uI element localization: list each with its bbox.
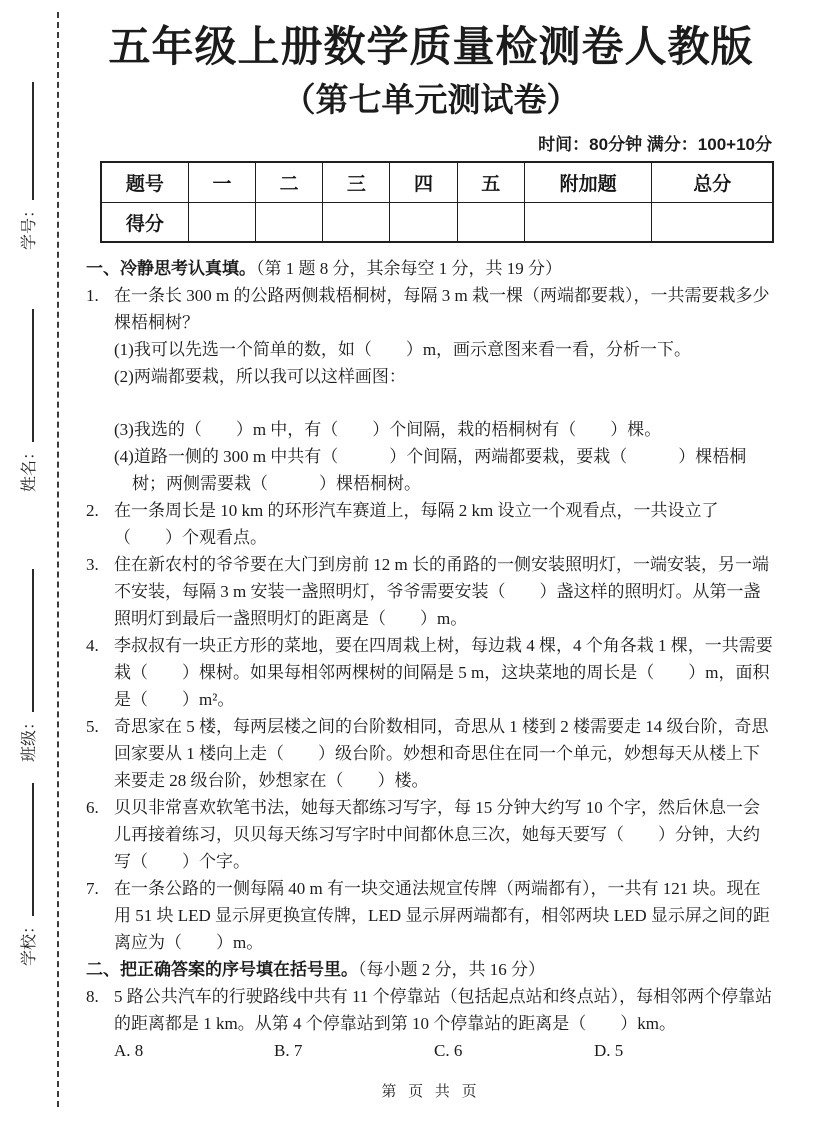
- option-b: B. 7: [274, 1037, 434, 1064]
- question-text: 李叔叔有一块正方形的菜地，要在四周栽上树，每边栽 4 棵，4 个角各栽 1 棵，…: [114, 632, 776, 713]
- content-column: 五年级上册数学质量检测卷人教版 （第七单元测试卷） 时间：80分钟 满分：100…: [86, 24, 776, 1064]
- section-2-title: 二、把正确答案的序号填在括号里。: [86, 960, 358, 979]
- score-cell-empty: [457, 202, 524, 242]
- question-text: 贝贝非常喜欢软笔书法，她每天都练习写字，每 15 分钟大约写 10 个字，然后休…: [114, 794, 776, 875]
- question-1-subpart-2: (2)两端都要栽，所以我可以这样画图：: [114, 363, 776, 390]
- class-label: 班级：: [21, 714, 38, 762]
- question-1: 1. 在一条长 300 m 的公路两侧栽梧桐树，每隔 3 m 栽一棵（两端都要栽…: [86, 282, 776, 497]
- option-d: D. 5: [594, 1037, 776, 1064]
- score-cell-empty: [524, 202, 652, 242]
- score-table-cell-label: 题号: [101, 162, 188, 202]
- question-number: 5.: [86, 713, 114, 794]
- question-1-subpart-1: (1)我可以先选一个简单的数，如（ ）m，画示意图来看一看，分析一下。: [114, 336, 776, 363]
- question-number: 7.: [86, 875, 114, 956]
- student-id-label: 学号：: [21, 202, 38, 250]
- answer-options: A. 8 B. 7 C. 6 D. 5: [114, 1037, 776, 1064]
- score-table-cell-2: 二: [256, 162, 323, 202]
- question-text: 在一条周长是 10 km 的环形汽车赛道上，每隔 2 km 设立一个观看点，一共…: [114, 497, 776, 551]
- student-name-blank: [20, 309, 34, 442]
- score-table-cell-3: 三: [323, 162, 390, 202]
- exam-meta: 时间：80分钟 满分：100+10分: [86, 130, 772, 155]
- option-c: C. 6: [434, 1037, 594, 1064]
- school-blank: [20, 783, 34, 916]
- school-field: 学校：: [16, 783, 39, 966]
- drawing-space: [114, 390, 776, 416]
- question-3: 3. 住在新农村的爷爷要在大门到房前 12 m 长的甬路的一侧安装照明灯，一端安…: [86, 551, 776, 632]
- score-table-cell-bonus: 附加题: [524, 162, 652, 202]
- score-cell-empty: [188, 202, 255, 242]
- class-blank: [20, 569, 34, 712]
- score-cell-empty: [256, 202, 323, 242]
- page-footer: 第 页 共 页: [86, 1080, 776, 1101]
- page-subtitle: （第七单元测试卷）: [86, 82, 776, 118]
- question-number: 2.: [86, 497, 114, 551]
- student-name-field: 姓名：: [16, 309, 39, 492]
- score-table-cell-4: 四: [390, 162, 457, 202]
- section-1-title: 一、冷静思考认真填。: [86, 259, 256, 278]
- question-1-subpart-3: (3)我选的（ ）m 中，有（ ）个间隔，栽的梧桐树有（ ）棵。: [114, 416, 776, 443]
- exam-page: 学号： 姓名： 班级： 学校： 五年级上册数学质量检测卷人教版 （第七单元测试卷…: [0, 0, 816, 1121]
- question-number: 1.: [86, 282, 114, 497]
- section-1-heading: 一、冷静思考认真填。（第 1 题 8 分，其余每空 1 分，共 19 分）: [86, 255, 776, 282]
- question-number: 6.: [86, 794, 114, 875]
- score-table-header-row: 题号 一 二 三 四 五 附加题 总分: [101, 162, 773, 202]
- score-row-label: 得分: [101, 202, 188, 242]
- score-table-score-row: 得分: [101, 202, 773, 242]
- question-number: 4.: [86, 632, 114, 713]
- score-table: 题号 一 二 三 四 五 附加题 总分 得分: [100, 161, 774, 243]
- option-a: A. 8: [114, 1037, 274, 1064]
- score-table-cell-5: 五: [457, 162, 524, 202]
- question-8: 8. 5 路公共汽车的行驶路线中共有 11 个停靠站（包括起点站和终点站），每相…: [86, 983, 776, 1064]
- question-text: 在一条公路的一侧每隔 40 m 有一块交通法规宣传牌（两端都有），一共有 121…: [114, 875, 776, 956]
- question-text: 5 路公共汽车的行驶路线中共有 11 个停靠站（包括起点站和终点站），每相邻两个…: [114, 983, 776, 1037]
- question-number: 3.: [86, 551, 114, 632]
- score-cell-empty: [390, 202, 457, 242]
- question-number: 8.: [86, 983, 114, 1064]
- student-id-blank: [20, 82, 34, 200]
- section-2-note: （每小题 2 分，共 16 分）: [358, 960, 545, 979]
- question-4: 4. 李叔叔有一块正方形的菜地，要在四周栽上树，每边栽 4 棵，4 个角各栽 1…: [86, 632, 776, 713]
- section-2-heading: 二、把正确答案的序号填在括号里。（每小题 2 分，共 16 分）: [86, 956, 776, 983]
- page-title: 五年级上册数学质量检测卷人教版: [86, 24, 776, 70]
- question-6: 6. 贝贝非常喜欢软笔书法，她每天都练习写字，每 15 分钟大约写 10 个字，…: [86, 794, 776, 875]
- question-text: 住在新农村的爷爷要在大门到房前 12 m 长的甬路的一侧安装照明灯，一端安装，另…: [114, 551, 776, 632]
- score-cell-empty: [652, 202, 773, 242]
- question-1-subpart-4: (4)道路一侧的 300 m 中共有（ ）个间隔，两端都要栽，要栽（ ）棵梧桐树…: [114, 443, 776, 497]
- question-7: 7. 在一条公路的一侧每隔 40 m 有一块交通法规宣传牌（两端都有），一共有 …: [86, 875, 776, 956]
- paper-body: 一、冷静思考认真填。（第 1 题 8 分，其余每空 1 分，共 19 分） 1.…: [86, 255, 776, 1064]
- question-5: 5. 奇思家在 5 楼，每两层楼之间的台阶数相同，奇思从 1 楼到 2 楼需要走…: [86, 713, 776, 794]
- score-table-cell-total: 总分: [652, 162, 773, 202]
- class-field: 班级：: [16, 569, 39, 762]
- binding-dashed-line: [57, 12, 59, 1107]
- score-cell-empty: [323, 202, 390, 242]
- question-text: 在一条长 300 m 的公路两侧栽梧桐树，每隔 3 m 栽一棵（两端都要栽），一…: [114, 282, 776, 336]
- score-table-cell-1: 一: [188, 162, 255, 202]
- question-2: 2. 在一条周长是 10 km 的环形汽车赛道上，每隔 2 km 设立一个观看点…: [86, 497, 776, 551]
- section-1-note: （第 1 题 8 分，其余每空 1 分，共 19 分）: [256, 259, 562, 278]
- question-text: 奇思家在 5 楼，每两层楼之间的台阶数相同，奇思从 1 楼到 2 楼需要走 14…: [114, 713, 776, 794]
- student-id-field: 学号：: [16, 82, 39, 250]
- student-name-label: 姓名：: [21, 444, 38, 492]
- school-label: 学校：: [21, 918, 38, 966]
